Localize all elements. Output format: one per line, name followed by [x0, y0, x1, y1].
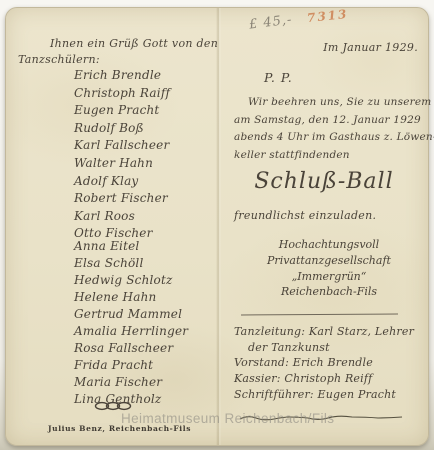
student-name: Hedwig Schlotz [74, 272, 188, 289]
signature-line: „Immergrün“ [252, 269, 406, 285]
salutation: P. P. [264, 70, 293, 85]
student-name: Gertrud Mammel [74, 306, 188, 323]
students-list-primary: Erich BrendleChristoph RaiffEugen Pracht… [74, 67, 170, 243]
student-name: Walter Hahn [74, 155, 170, 173]
divider-line [241, 314, 398, 316]
signature-block: HochachtungsvollPrivattanzgesellschaft„I… [252, 237, 406, 300]
date-line: Im Januar 1929. [296, 41, 418, 54]
student-name: Erich Brendle [74, 67, 170, 85]
invitation-line: abends 4 Uhr im Gasthaus z. Löwen- [234, 129, 418, 147]
greeting-line-2: Tanzschülern: [18, 53, 100, 66]
museum-watermark: Heimatmuseum Reichenbach/Fils [121, 411, 334, 426]
invitation-close: freundlichst einzuladen. [234, 209, 376, 222]
student-name: Rudolf Boß [74, 120, 170, 138]
officer-line: Kassier: Christoph Reiff [234, 371, 414, 387]
student-name: Rosa Fallscheer [74, 340, 188, 357]
scanned-invitation-card: £ 45,- 7313 Ihnen ein Grüß Gott von den … [0, 0, 434, 450]
students-list-secondary: Anna EitelElsa SchöllHedwig SchlotzHelen… [74, 238, 188, 408]
signature-line: Hochachtungsvoll [252, 237, 406, 253]
invitation-card: £ 45,- 7313 Ihnen ein Grüß Gott von den … [5, 7, 429, 446]
student-name: Anna Eitel [74, 238, 188, 255]
invitation-line: am Samstag, den 12. Januar 1929 [234, 112, 418, 130]
inventory-number-annotation: 7313 [306, 7, 349, 25]
invitation-line: Wir beehren uns, Sie zu unserem [234, 94, 418, 112]
student-name: Elsa Schöll [74, 255, 188, 272]
signature-line: Reichenbach-Fils [252, 284, 406, 300]
officers-block: Tanzleitung: Karl Starz, Lehrerder Tanzk… [234, 324, 414, 403]
student-name: Adolf Klay [74, 173, 170, 191]
fold-crease [216, 8, 221, 445]
officer-line: Vorstand: Erich Brendle [234, 355, 414, 371]
student-name: Amalia Herrlinger [74, 323, 188, 340]
invitation-paragraph: Wir beehren uns, Sie zu unseremam Samsta… [234, 94, 418, 164]
student-name: Karl Roos [74, 208, 170, 226]
student-name: Karl Fallscheer [74, 137, 170, 155]
student-name: Maria Fischer [74, 374, 188, 391]
greeting-line-1: Ihnen ein Grüß Gott von den [50, 37, 218, 50]
student-name: Christoph Raiff [74, 85, 170, 103]
signature-line: Privattanzgesellschaft [252, 253, 406, 269]
price-annotation: £ 45,- [248, 12, 293, 32]
officer-line: Tanzleitung: Karl Starz, Lehrer [234, 324, 414, 340]
student-name: Robert Fischer [74, 190, 170, 208]
event-title: Schluß-Ball [234, 169, 414, 194]
officer-line: der Tanzkunst [234, 340, 414, 356]
invitation-line: keller stattfindenden [234, 147, 418, 165]
student-name: Frida Pracht [74, 357, 188, 374]
student-name: Helene Hahn [74, 289, 188, 306]
officer-line: Schriftführer: Eugen Pracht [234, 387, 414, 403]
student-name: Eugen Pracht [74, 102, 170, 120]
